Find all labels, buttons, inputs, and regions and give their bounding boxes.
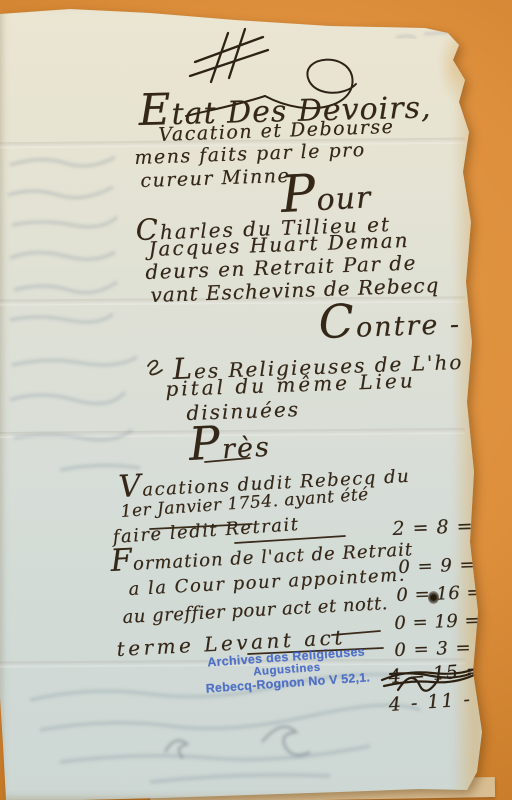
heading-contre: Contre - — [318, 301, 461, 345]
manuscript-page: Etat Des Devoirs, Vacation et Debourse m… — [0, 0, 512, 800]
ink-blot — [428, 591, 439, 604]
photo-background: Etat Des Devoirs, Vacation et Debourse m… — [0, 0, 512, 800]
item-3-amount: 0 = 16 = 0 — [396, 581, 501, 606]
item-4-amount: 0 = 19 = 0 — [394, 609, 499, 634]
heading-pres: Près — [188, 424, 272, 467]
title-line-4: cureur Minne — [140, 165, 290, 192]
paper-wrap: Etat Des Devoirs, Vacation et Debourse m… — [0, 0, 512, 800]
torn-corner — [438, 26, 476, 104]
item-5-amount: 0 = 3 = 0 — [394, 637, 491, 661]
paraph-mark-icon — [190, 29, 268, 82]
item-2-amount: 0 = 9 = 0 — [398, 554, 495, 578]
item-4-line-1: au greffier pour act et nott. — [122, 593, 388, 628]
